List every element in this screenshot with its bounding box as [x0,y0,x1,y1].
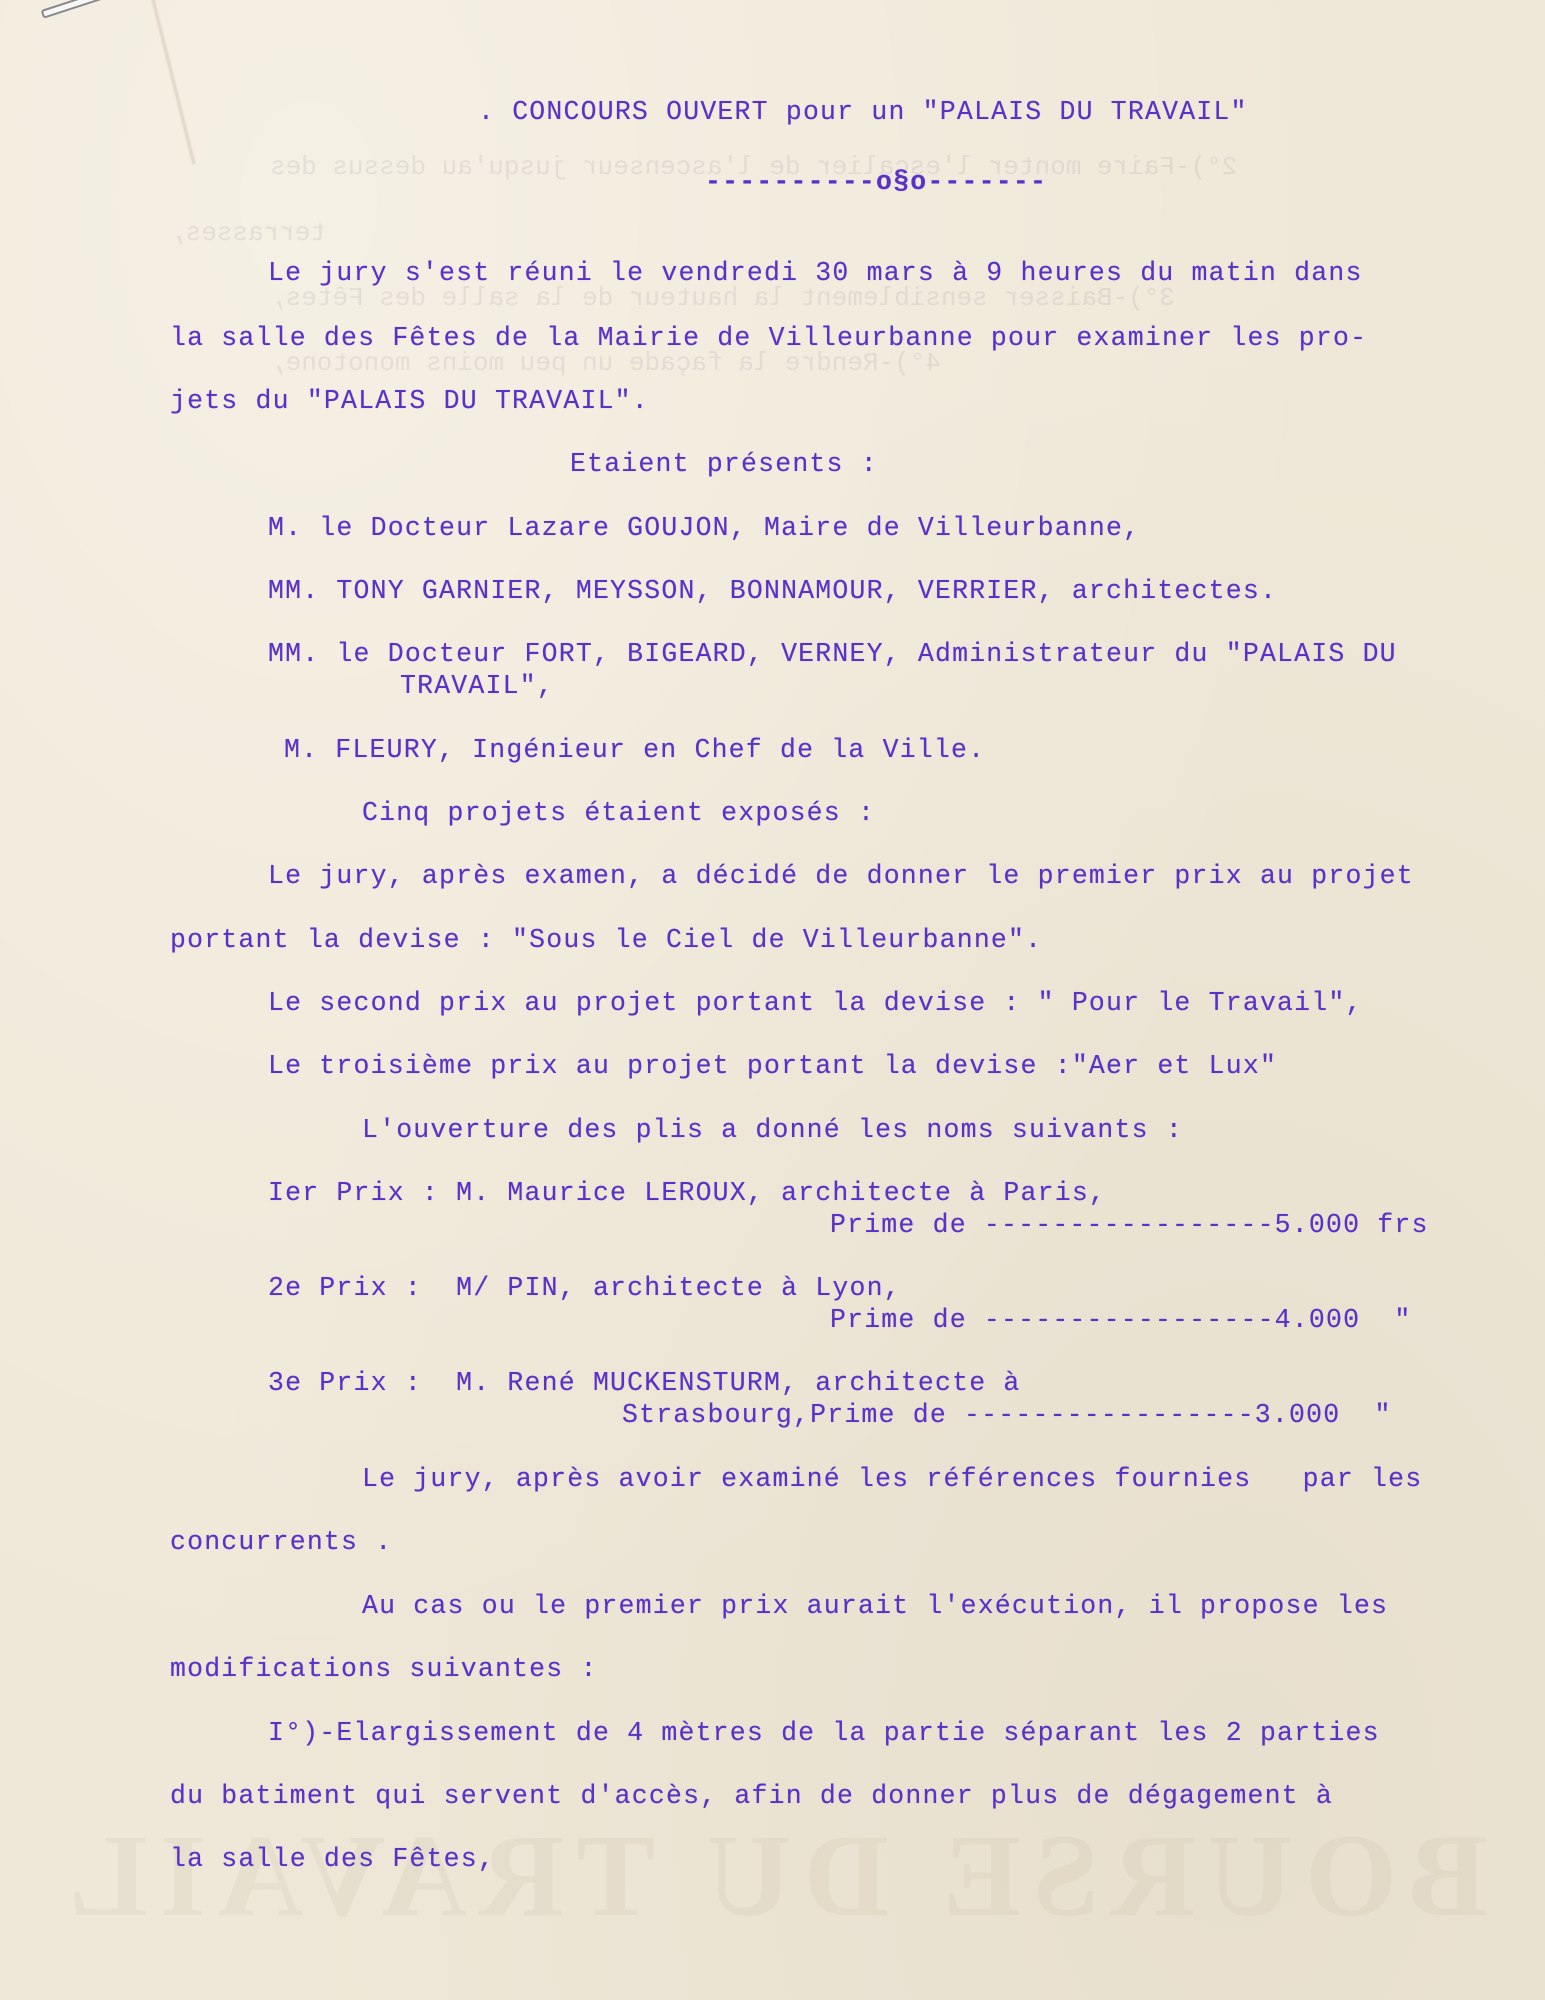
projects-heading: Cinq projets étaient exposés : [362,797,875,829]
modification-1-line-1: I°)-Elargissement de 4 mètres de la part… [268,1717,1380,1749]
modification-1-line-3: la salle des Fêtes, [170,1843,495,1875]
references-line-2: concurrents . [170,1526,392,1558]
attendee-line: M. le Docteur Lazare GOUJON, Maire de Vi… [268,512,1140,544]
proposal-line-1: Au cas ou le premier prix aurait l'exécu… [362,1590,1388,1622]
winner-1-name: Ier Prix : M. Maurice LEROUX, architecte… [268,1177,1106,1209]
title-separator: ----------o§o------- [705,166,1047,198]
modification-1-line-2: du batiment qui servent d'accès, afin de… [170,1780,1333,1812]
attendee-line: MM. TONY GARNIER, MEYSSON, BONNAMOUR, VE… [268,575,1277,607]
attendee-line: MM. le Docteur FORT, BIGEARD, VERNEY, Ad… [268,638,1397,670]
bleed-through-line: terrasses, [170,218,326,248]
document-page: 2°)-Faire monter l'escalier de l'ascense… [0,0,1545,2000]
winner-2-name: 2e Prix : M/ PIN, architecte à Lyon, [268,1272,901,1304]
staple-icon [41,0,110,19]
attendee-line: TRAVAIL", [400,670,554,702]
watermark: BOURSE DU TRAVAIL [0,1808,1545,1944]
winner-3-name: 3e Prix : M. René MUCKENSTURM, architect… [268,1367,1021,1399]
decision-line-2: portant la devise : "Sous le Ciel de Vil… [170,924,1042,956]
document-title: . CONCOURS OUVERT pour un "PALAIS DU TRA… [478,96,1248,128]
intro-line-3: jets du "PALAIS DU TRAVAIL". [170,385,649,417]
winner-2-prize: Prime de -----------------4.000 " [830,1304,1412,1336]
second-prize-line: Le second prix au projet portant la devi… [268,987,1363,1019]
third-prize-line: Le troisième prix au projet portant la d… [268,1050,1277,1082]
references-line-1: Le jury, après avoir examiné les référen… [362,1463,1422,1495]
winner-1-prize: Prime de -----------------5.000 frs [830,1209,1429,1241]
proposal-line-2: modifications suivantes : [170,1653,598,1685]
decision-line-1: Le jury, après examen, a décidé de donne… [268,860,1414,892]
opening-line: L'ouverture des plis a donné les noms su… [362,1114,1183,1146]
intro-line-1: Le jury s'est réuni le vendredi 30 mars … [268,257,1363,289]
intro-line-2: la salle des Fêtes de la Mairie de Ville… [170,322,1367,354]
attendee-line: M. FLEURY, Ingénieur en Chef de la Ville… [284,734,985,766]
paper-fold [150,0,197,165]
winner-3-prize: Strasbourg,Prime de -----------------3.0… [622,1399,1392,1431]
present-heading: Etaient présents : [570,448,878,480]
